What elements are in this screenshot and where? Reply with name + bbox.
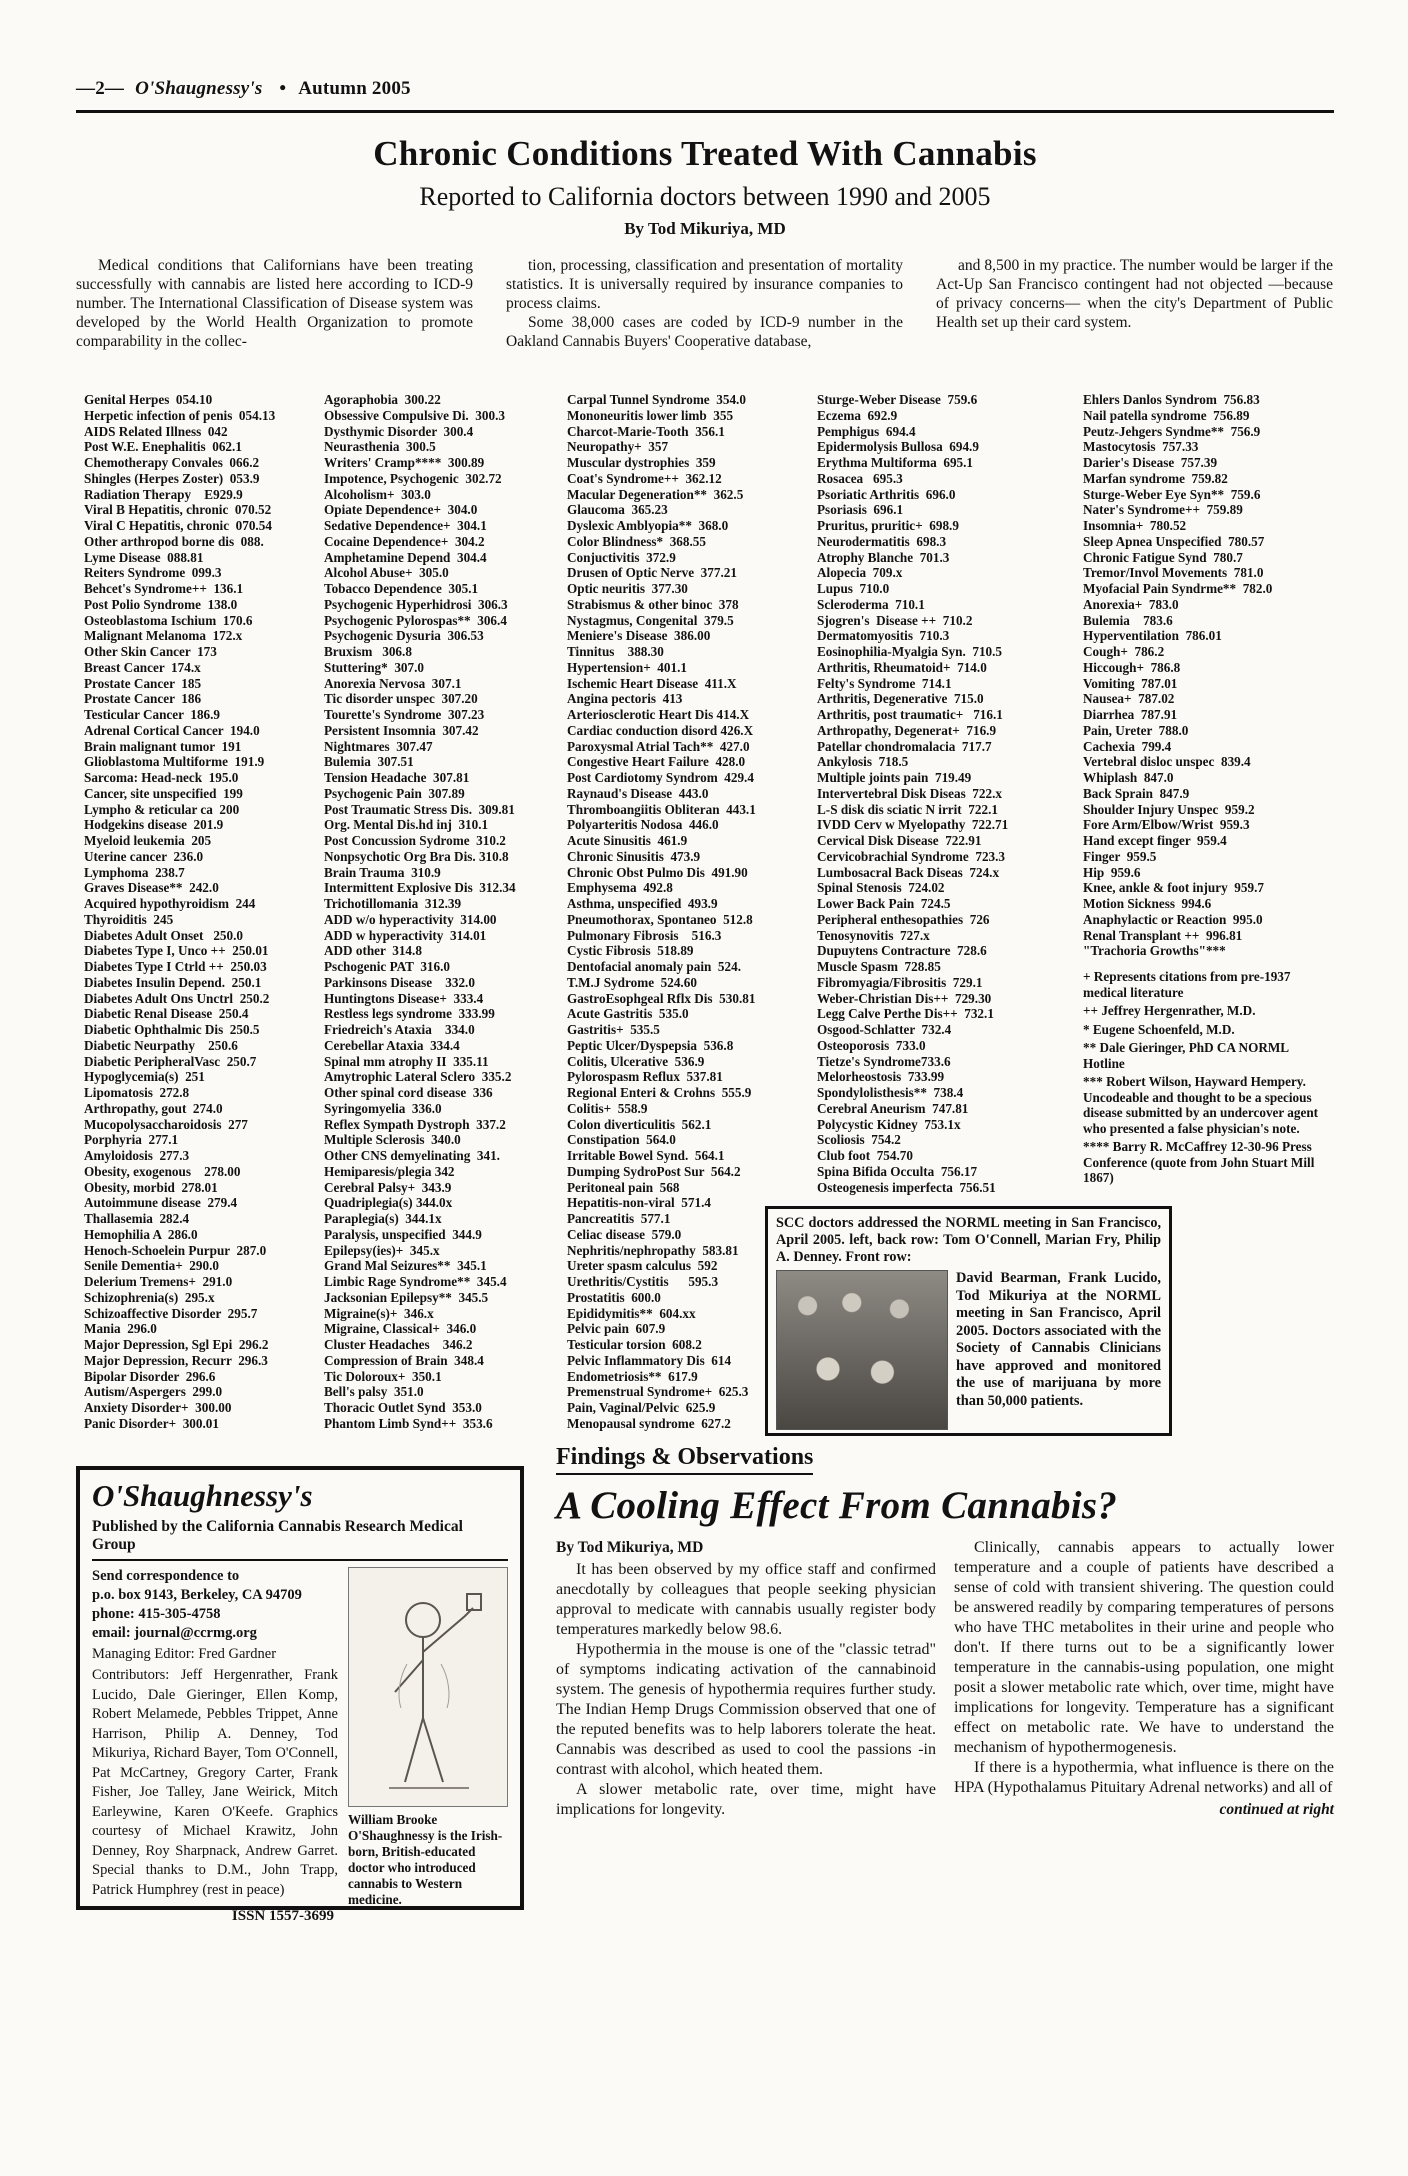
list-item: Constipation 564.0 [567, 1132, 809, 1148]
list-item: Clinically, cannabis appears to actually… [954, 1538, 1334, 1758]
list-item: Radiation Therapy E929.9 [84, 487, 316, 503]
list-item: Osteoblastoma Ischium 170.6 [84, 613, 316, 629]
list-item: Vertebral disloc unspec 839.4 [1083, 754, 1334, 770]
list-item: Nonpsychotic Org Bra Dis. 310.8 [324, 849, 559, 865]
masthead-box: O'Shaughnessy's Published by the Califor… [76, 1466, 524, 1910]
list-item: Tic Doloroux+ 350.1 [324, 1369, 559, 1385]
list-item: Parkinsons Disease 332.0 [324, 975, 559, 991]
list-item: Nausea+ 787.02 [1083, 691, 1334, 707]
list-item: Lupus 710.0 [817, 581, 1075, 597]
list-item: Opiate Dependence+ 304.0 [324, 502, 559, 518]
list-item: Arthropathy, gout 274.0 [84, 1101, 316, 1117]
list-item: Polycystic Kidney 753.1x [817, 1117, 1075, 1133]
list-item: Cluster Headaches 346.2 [324, 1337, 559, 1353]
list-item: Knee, ankle & foot injury 959.7 [1083, 880, 1334, 896]
list-item: Trichotillomania 312.39 [324, 896, 559, 912]
list-item: Osteoporosis 733.0 [817, 1038, 1075, 1054]
list-item: "Trachoria Growths"*** [1083, 943, 1334, 959]
list-item: Coat's Syndrome++ 362.12 [567, 471, 809, 487]
list-item: Eosinophilia-Myalgia Syn. 710.5 [817, 644, 1075, 660]
list-item: Diabetes Type I, Unco ++ 250.01 [84, 943, 316, 959]
list-item: Arthritis, Rheumatoid+ 714.0 [817, 660, 1075, 676]
list-item: Polyarteritis Nodosa 446.0 [567, 817, 809, 833]
list-item: Rosacea 695.3 [817, 471, 1075, 487]
list-item: Conjuctivitis 372.9 [567, 550, 809, 566]
conditions-column-1: Genital Herpes 054.10Herpetic infection … [76, 392, 316, 1432]
list-item: Regional Enteri & Crohns 555.9 [567, 1085, 809, 1101]
list-item: Alopecia 709.x [817, 565, 1075, 581]
list-item: Other arthropod borne dis 088. [84, 534, 316, 550]
list-item: Senile Dementia+ 290.0 [84, 1258, 316, 1274]
list-item: Porphyria 277.1 [84, 1132, 316, 1148]
list-item: Erythma Multiforma 695.1 [817, 455, 1075, 471]
list-item: Diabetic Ophthalmic Dis 250.5 [84, 1022, 316, 1038]
list-item: Legg Calve Perthe Dis++ 732.1 [817, 1006, 1075, 1022]
list-item: Myofacial Pain Syndrme** 782.0 [1083, 581, 1334, 597]
list-item: Bulemia 307.51 [324, 754, 559, 770]
list-item: Persistent Insomnia 307.42 [324, 723, 559, 739]
masthead-text-column: Send correspondence top.o. box 9143, Ber… [92, 1567, 338, 1925]
list-item: Hyperventilation 786.01 [1083, 628, 1334, 644]
list-item: Psychogenic Pylorospas** 306.4 [324, 613, 559, 629]
list-item: Motion Sickness 994.6 [1083, 896, 1334, 912]
list-item: Chronic Obst Pulmo Dis 491.90 [567, 865, 809, 881]
list-item: Hiccough+ 786.8 [1083, 660, 1334, 676]
list-item: Paralysis, unspecified 344.9 [324, 1227, 559, 1243]
list-item: Friedreich's Ataxia 334.0 [324, 1022, 559, 1038]
list-item: Cerebral Palsy+ 343.9 [324, 1180, 559, 1196]
list-item: Nail patella syndrome 756.89 [1083, 408, 1334, 424]
list-item: Dysthymic Disorder 300.4 [324, 424, 559, 440]
list-item: *** Robert Wilson, Hayward Hempery. Unco… [1083, 1074, 1328, 1136]
list-item: Glioblastoma Multiforme 191.9 [84, 754, 316, 770]
list-item: Tinnitus 388.30 [567, 644, 809, 660]
list-item: Medical conditions that Californians hav… [76, 256, 473, 351]
list-item: Hypoglycemia(s) 251 [84, 1069, 316, 1085]
intro-columns: Medical conditions that Californians hav… [76, 256, 1334, 351]
list-item: Hodgekins disease 201.9 [84, 817, 316, 833]
conditions-column-2: Agoraphobia 300.22Obsessive Compulsive D… [316, 392, 559, 1432]
list-item: Tenosynovitis 727.x [817, 928, 1075, 944]
list-item: Osteogenesis imperfecta 756.51 [817, 1180, 1075, 1196]
list-item: Lympho & reticular ca 200 [84, 802, 316, 818]
list-item: Hemophilia A 286.0 [84, 1227, 316, 1243]
list-item: Optic neuritis 377.30 [567, 581, 809, 597]
findings-column-1-text: It has been observed by my office staff … [556, 1560, 936, 1820]
list-item: Pschogenic PAT 316.0 [324, 959, 559, 975]
list-item: Spinal Stenosis 724.02 [817, 880, 1075, 896]
list-item: Diarrhea 787.91 [1083, 707, 1334, 723]
list-item: Acquired hypothyroidism 244 [84, 896, 316, 912]
list-item: Testicular Cancer 186.9 [84, 707, 316, 723]
list-item: Major Depression, Recurr 296.3 [84, 1353, 316, 1369]
list-item: Acute Sinusitis 461.9 [567, 833, 809, 849]
list-item: Diabetes Adult Onset 250.0 [84, 928, 316, 944]
list-item: Spinal mm atrophy II 335.11 [324, 1054, 559, 1070]
list-item: Post Traumatic Stress Dis. 309.81 [324, 802, 559, 818]
findings-section: Findings & Observations A Cooling Effect… [556, 1444, 1334, 1820]
list-item: Weber-Christian Dis++ 729.30 [817, 991, 1075, 1007]
masthead-contributors: Contributors: Jeff Hergenrather, Frank L… [92, 1666, 338, 1900]
list-item: Cystic Fibrosis 518.89 [567, 943, 809, 959]
list-item: Club foot 754.70 [817, 1148, 1075, 1164]
list-item: Tension Headache 307.81 [324, 770, 559, 786]
list-item: A slower metabolic rate, over time, migh… [556, 1780, 936, 1820]
list-item: Atrophy Blanche 701.3 [817, 550, 1075, 566]
list-item: Chronic Sinusitis 473.9 [567, 849, 809, 865]
list-item: Chronic Fatigue Synd 780.7 [1083, 550, 1334, 566]
list-item: Meniere's Disease 386.00 [567, 628, 809, 644]
list-item: Diabetic Neurpathy 250.6 [84, 1038, 316, 1054]
findings-column-2-text: Clinically, cannabis appears to actually… [954, 1538, 1334, 1798]
list-item: Intervertebral Disk Diseas 722.x [817, 786, 1075, 802]
list-item: Pain, Ureter 788.0 [1083, 723, 1334, 739]
list-item: ADD w/o hyperactivity 314.00 [324, 912, 559, 928]
list-item: Prostate Cancer 186 [84, 691, 316, 707]
list-item: Stuttering* 307.0 [324, 660, 559, 676]
list-item: Macular Degeneration** 362.5 [567, 487, 809, 503]
article-subtitle: Reported to California doctors between 1… [76, 182, 1334, 212]
list-item: Arthritis, post traumatic+ 716.1 [817, 707, 1075, 723]
list-item: Diabetic Renal Disease 250.4 [84, 1006, 316, 1022]
list-item: Diabetes Type I Ctrld ++ 250.03 [84, 959, 316, 975]
list-item: Pulmonary Fibrosis 516.3 [567, 928, 809, 944]
list-item: Migraine, Classical+ 346.0 [324, 1321, 559, 1337]
list-item: Hip 959.6 [1083, 865, 1334, 881]
list-item: Adrenal Cortical Cancer 194.0 [84, 723, 316, 739]
list-item: Irritable Bowel Synd. 564.1 [567, 1148, 809, 1164]
list-item: Post Concussion Sydrome 310.2 [324, 833, 559, 849]
masthead-publisher: Published by the California Cannabis Res… [92, 1518, 508, 1561]
findings-column-2: Clinically, cannabis appears to actually… [954, 1538, 1334, 1820]
list-item: **** Barry R. McCaffrey 12-30-96 Press C… [1083, 1139, 1328, 1186]
list-item: Multiple Sclerosis 340.0 [324, 1132, 559, 1148]
list-item: Arteriosclerotic Heart Dis 414.X [567, 707, 809, 723]
journal-name: O'Shaugnessy's [135, 78, 262, 99]
list-item: Scoliosis 754.2 [817, 1132, 1075, 1148]
list-item: Arthropathy, Degenerat+ 716.9 [817, 723, 1075, 739]
list-item: Colon diverticulitis 562.1 [567, 1117, 809, 1133]
list-item: Nystagmus, Congenital 379.5 [567, 613, 809, 629]
list-item: Melorheostosis 733.99 [817, 1069, 1075, 1085]
list-item: Emphysema 492.8 [567, 880, 809, 896]
list-item: ADD other 314.8 [324, 943, 559, 959]
list-item: GastroEsophgeal Rflx Dis 530.81 [567, 991, 809, 1007]
list-item: Peptic Ulcer/Dyspepsia 536.8 [567, 1038, 809, 1054]
list-item: Pylorospasm Reflux 537.81 [567, 1069, 809, 1085]
list-item: Viral C Hepatitis, chronic 070.54 [84, 518, 316, 534]
list-item: Thoracic Outlet Synd 353.0 [324, 1400, 559, 1416]
list-item: Lower Back Pain 724.5 [817, 896, 1075, 912]
list-item: Gastritis+ 535.5 [567, 1022, 809, 1038]
list-item: Fibromyagia/Fibrositis 729.1 [817, 975, 1075, 991]
list-item: Cardiac conduction disord 426.X [567, 723, 809, 739]
list-item: It has been observed by my office staff … [556, 1560, 936, 1640]
list-item: Dermatomyositis 710.3 [817, 628, 1075, 644]
list-item: Anorexia Nervosa 307.1 [324, 676, 559, 692]
list-item: Sleep Apnea Unspecified 780.57 [1083, 534, 1334, 550]
newspaper-page: —2— O'Shaugnessy's • Autumn 2005 Chronic… [0, 0, 1408, 2176]
list-item: Limbic Rage Syndrome** 345.4 [324, 1274, 559, 1290]
list-item: Obsessive Compulsive Di. 300.3 [324, 408, 559, 424]
list-item: Scleroderma 710.1 [817, 597, 1075, 613]
list-item: email: journal@ccrmg.org [92, 1624, 338, 1643]
list-item: Reiters Syndrome 099.3 [84, 565, 316, 581]
list-item: Muscle Spasm 728.85 [817, 959, 1075, 975]
list-item: Muscular dystrophies 359 [567, 455, 809, 471]
list-item: Bulemia 783.6 [1083, 613, 1334, 629]
list-item: Brain malignant tumor 191 [84, 739, 316, 755]
list-item: Bell's palsy 351.0 [324, 1384, 559, 1400]
list-item: Renal Transplant ++ 996.81 [1083, 928, 1334, 944]
list-item: Shingles (Herpes Zoster) 053.9 [84, 471, 316, 487]
list-item: phone: 415-305-4758 [92, 1605, 338, 1624]
list-item: Pruritus, pruritic+ 698.9 [817, 518, 1075, 534]
list-item: Send correspondence to [92, 1567, 338, 1586]
list-item: ** Dale Gieringer, PhD CA NORML Hotline [1083, 1040, 1328, 1071]
list-item: Sedative Dependence+ 304.1 [324, 518, 559, 534]
masthead-issn: ISSN 1557-3699 [92, 1908, 338, 1925]
list-item: Arthritis, Degenerative 715.0 [817, 691, 1075, 707]
list-item: Pneumothorax, Spontaneo 512.8 [567, 912, 809, 928]
list-item: Mania 296.0 [84, 1321, 316, 1337]
list-item: Autoimmune disease 279.4 [84, 1195, 316, 1211]
photo-row: David Bearman, Frank Lucido, Tod Mikuriy… [776, 1270, 1161, 1430]
list-item: Diabetes Insulin Depend. 250.1 [84, 975, 316, 991]
list-item: Colitis, Ulcerative 536.9 [567, 1054, 809, 1070]
list-item: Spina Bifida Occulta 756.17 [817, 1164, 1075, 1180]
list-item: Finger 959.5 [1083, 849, 1334, 865]
list-item: Osgood-Schlatter 732.4 [817, 1022, 1075, 1038]
list-item: Diabetes Adult Ons Unctrl 250.2 [84, 991, 316, 1007]
list-item: Color Blindness* 368.55 [567, 534, 809, 550]
list-item: Carpal Tunnel Syndrome 354.0 [567, 392, 809, 408]
list-item: Genital Herpes 054.10 [84, 392, 316, 408]
list-item: Dumping SydroPost Sur 564.2 [567, 1164, 809, 1180]
list-item: Tourette's Syndrome 307.23 [324, 707, 559, 723]
list-item: Tobacco Dependence 305.1 [324, 581, 559, 597]
list-item: Ankylosis 718.5 [817, 754, 1075, 770]
list-item: Writers' Cramp**** 300.89 [324, 455, 559, 471]
list-item: Nightmares 307.47 [324, 739, 559, 755]
list-item: Lyme Disease 088.81 [84, 550, 316, 566]
list-item: Myeloid leukemia 205 [84, 833, 316, 849]
list-item: Psychogenic Pain 307.89 [324, 786, 559, 802]
list-item: Grand Mal Seizures** 345.1 [324, 1258, 559, 1274]
list-item: Pemphigus 694.4 [817, 424, 1075, 440]
list-item: Henoch-Schoelein Purpur 287.0 [84, 1243, 316, 1259]
article-byline: By Tod Mikuriya, MD [76, 219, 1334, 239]
list-item: Jacksonian Epilepsy** 345.5 [324, 1290, 559, 1306]
list-item: Autism/Aspergers 299.0 [84, 1384, 316, 1400]
list-item: Graves Disease** 242.0 [84, 880, 316, 896]
list-item: Thyroiditis 245 [84, 912, 316, 928]
list-item: Bipolar Disorder 296.6 [84, 1369, 316, 1385]
list-item: Whiplash 847.0 [1083, 770, 1334, 786]
list-item: If there is a hypothermia, what influenc… [954, 1758, 1334, 1798]
list-item: Multiple joints pain 719.49 [817, 770, 1075, 786]
list-item: Syringomyelia 336.0 [324, 1101, 559, 1117]
list-item: Hemiparesis/plegia 342 [324, 1164, 559, 1180]
list-item: Lipomatosis 272.8 [84, 1085, 316, 1101]
list-item: Raynaud's Disease 443.0 [567, 786, 809, 802]
list-item: * Eugene Schoenfeld, M.D. [1083, 1022, 1328, 1038]
list-item: Eczema 692.9 [817, 408, 1075, 424]
findings-section-label: Findings & Observations [556, 1444, 813, 1475]
list-item: Obesity, morbid 278.01 [84, 1180, 316, 1196]
list-item: Post Cardiotomy Syndrom 429.4 [567, 770, 809, 786]
list-item: Obesity, exogenous 278.00 [84, 1164, 316, 1180]
list-item: Neurasthenia 300.5 [324, 439, 559, 455]
intro-column-1: Medical conditions that Californians hav… [76, 256, 473, 351]
list-item: Strabismus & other binoc 378 [567, 597, 809, 613]
list-item: Cervicobrachial Syndrome 723.3 [817, 849, 1075, 865]
list-item: Peritoneal pain 568 [567, 1180, 809, 1196]
list-item: Dupuytens Contracture 728.6 [817, 943, 1075, 959]
list-item: Phantom Limb Synd++ 353.6 [324, 1416, 559, 1432]
illustration-caption: William Brooke O'Shaughnessy is the Iris… [348, 1812, 508, 1908]
list-item: Diabetic PeripheralVasc 250.7 [84, 1054, 316, 1070]
intro-column-3: and 8,500 in my practice. The number wou… [936, 256, 1333, 351]
list-item: Delerium Tremens+ 291.0 [84, 1274, 316, 1290]
norml-photo-box: SCC doctors addressed the NORML meeting … [765, 1206, 1172, 1436]
list-item: T.M.J Sydrome 524.60 [567, 975, 809, 991]
list-item: Cough+ 786.2 [1083, 644, 1334, 660]
list-item: Fore Arm/Elbow/Wrist 959.3 [1083, 817, 1334, 833]
masthead-title: O'Shaughnessy's [92, 1478, 508, 1514]
list-item: Glaucoma 365.23 [567, 502, 809, 518]
list-item: Intermittent Explosive Dis 312.34 [324, 880, 559, 896]
list-item: Mucopolysaccharoidosis 277 [84, 1117, 316, 1133]
list-item: Ehlers Danlos Syndrom 756.83 [1083, 392, 1334, 408]
page-header: —2— O'Shaugnessy's • Autumn 2005 [76, 78, 411, 100]
list-item: Patellar chondromalacia 717.7 [817, 739, 1075, 755]
list-item: Colitis+ 558.9 [567, 1101, 809, 1117]
list-item: Agoraphobia 300.22 [324, 392, 559, 408]
intro-column-2: tion, processing, classification and pre… [506, 256, 903, 351]
list-item: Felty's Syndrome 714.1 [817, 676, 1075, 692]
list-item: Acute Gastritis 535.0 [567, 1006, 809, 1022]
list-item: Sarcoma: Head-neck 195.0 [84, 770, 316, 786]
list-item: Cervical Disk Disease 722.91 [817, 833, 1075, 849]
header-bullet: • [279, 78, 286, 99]
list-item: ADD w hyperactivity 314.01 [324, 928, 559, 944]
list-item: Psychogenic Hyperhidrosi 306.3 [324, 597, 559, 613]
list-item: Anorexia+ 783.0 [1083, 597, 1334, 613]
list-item: Lumbosacral Back Diseas 724.x [817, 865, 1075, 881]
list-item: Darier's Disease 757.39 [1083, 455, 1334, 471]
list-item: Panic Disorder+ 300.01 [84, 1416, 316, 1432]
masthead-correspondence: Send correspondence top.o. box 9143, Ber… [92, 1567, 338, 1643]
list-item: Cancer, site unspecified 199 [84, 786, 316, 802]
masthead-editor: Managing Editor: Fred Gardner [92, 1645, 338, 1664]
header-rule [76, 110, 1334, 113]
list-item: Psychogenic Dysuria 306.53 [324, 628, 559, 644]
list-item: Mononeuritis lower limb 355 [567, 408, 809, 424]
findings-byline: By Tod Mikuriya, MD [556, 1538, 936, 1558]
list-item: Other CNS demyelinating 341. [324, 1148, 559, 1164]
list-item: Peutz-Jehgers Syndme** 756.9 [1083, 424, 1334, 440]
issue-date: Autumn 2005 [298, 78, 411, 99]
list-item: Chemotherapy Convales 066.2 [84, 455, 316, 471]
list-item: Hypothermia in the mouse is one of the "… [556, 1640, 936, 1780]
list-item: Thallasemia 282.4 [84, 1211, 316, 1227]
masthead-illustration-column: William Brooke O'Shaughnessy is the Iris… [348, 1567, 508, 1925]
photo-caption-top: SCC doctors addressed the NORML meeting … [776, 1215, 1161, 1266]
list-item: Org. Mental Dis.hd inj 310.1 [324, 817, 559, 833]
list-item: Uterine cancer 236.0 [84, 849, 316, 865]
list-item: Dentofacial anomaly pain 524. [567, 959, 809, 975]
group-photo [776, 1270, 948, 1430]
list-item: Sturge-Weber Eye Syn** 759.6 [1083, 487, 1334, 503]
list-item: Drusen of Optic Nerve 377.21 [567, 565, 809, 581]
continued-note: continued at right [954, 1800, 1334, 1820]
list-item: Reflex Sympath Dystroph 337.2 [324, 1117, 559, 1133]
list-item: Brain Trauma 310.9 [324, 865, 559, 881]
list-item: Hand except finger 959.4 [1083, 833, 1334, 849]
list-item: Congestive Heart Failure 428.0 [567, 754, 809, 770]
list-item: Anxiety Disorder+ 300.00 [84, 1400, 316, 1416]
list-item: Neurodermatitis 698.3 [817, 534, 1075, 550]
list-item: Schizophrenia(s) 295.x [84, 1290, 316, 1306]
list-item: Prostate Cancer 185 [84, 676, 316, 692]
list-item: Behcet's Syndrome++ 136.1 [84, 581, 316, 597]
page-number: —2— [76, 78, 124, 99]
list-item: Paraplegia(s) 344.1x [324, 1211, 559, 1227]
list-item: Schizoaffective Disorder 295.7 [84, 1306, 316, 1322]
photo-caption-side: David Bearman, Frank Lucido, Tod Mikuriy… [956, 1270, 1161, 1430]
list-item: Vomiting 787.01 [1083, 676, 1334, 692]
list-item: Hypertension+ 401.1 [567, 660, 809, 676]
list-item: Psoriatic Arthritis 696.0 [817, 487, 1075, 503]
oshaughnessy-illustration [348, 1567, 508, 1807]
list-item: Some 38,000 cases are coded by ICD-9 num… [506, 313, 903, 351]
findings-columns: By Tod Mikuriya, MD It has been observed… [556, 1538, 1334, 1820]
list-item: Lymphoma 238.7 [84, 865, 316, 881]
conditions-column-5-list: Ehlers Danlos Syndrom 756.83Nail patella… [1083, 392, 1334, 959]
list-item: ++ Jeffrey Hergenrather, M.D. [1083, 1003, 1328, 1019]
list-item: Nater's Syndrome++ 759.89 [1083, 502, 1334, 518]
list-item: Post W.E. Enephalitis 062.1 [84, 439, 316, 455]
list-item: Alcoholism+ 303.0 [324, 487, 559, 503]
list-item: Major Depression, Sgl Epi 296.2 [84, 1337, 316, 1353]
list-item: Dyslexic Amblyopia** 368.0 [567, 518, 809, 534]
list-item: Amphetamine Depend 304.4 [324, 550, 559, 566]
list-item: Breast Cancer 174.x [84, 660, 316, 676]
list-item: Asthma, unspecified 493.9 [567, 896, 809, 912]
list-item: Viral B Hepatitis, chronic 070.52 [84, 502, 316, 518]
list-item: Angina pectoris 413 [567, 691, 809, 707]
list-item: Ischemic Heart Disease 411.X [567, 676, 809, 692]
list-item: Huntingtons Disease+ 333.4 [324, 991, 559, 1007]
footnotes: + Represents citations from pre-1937 med… [1083, 969, 1328, 1186]
list-item: Compression of Brain 348.4 [324, 1353, 559, 1369]
list-item: Sturge-Weber Disease 759.6 [817, 392, 1075, 408]
list-item: Other spinal cord disease 336 [324, 1085, 559, 1101]
list-item: Epilepsy(ies)+ 345.x [324, 1243, 559, 1259]
list-item: and 8,500 in my practice. The number wou… [936, 256, 1333, 332]
list-item: Back Sprain 847.9 [1083, 786, 1334, 802]
list-item: Other Skin Cancer 173 [84, 644, 316, 660]
list-item: AIDS Related Illness 042 [84, 424, 316, 440]
list-item: tion, processing, classification and pre… [506, 256, 903, 313]
list-item: Impotence, Psychogenic 302.72 [324, 471, 559, 487]
list-item: Thromboangiitis Obliteran 443.1 [567, 802, 809, 818]
title-block: Chronic Conditions Treated With Cannabis… [76, 134, 1334, 239]
list-item: Spondylolisthesis** 738.4 [817, 1085, 1075, 1101]
list-item: + Represents citations from pre-1937 med… [1083, 969, 1328, 1000]
list-item: Tremor/Invol Movements 781.0 [1083, 565, 1334, 581]
